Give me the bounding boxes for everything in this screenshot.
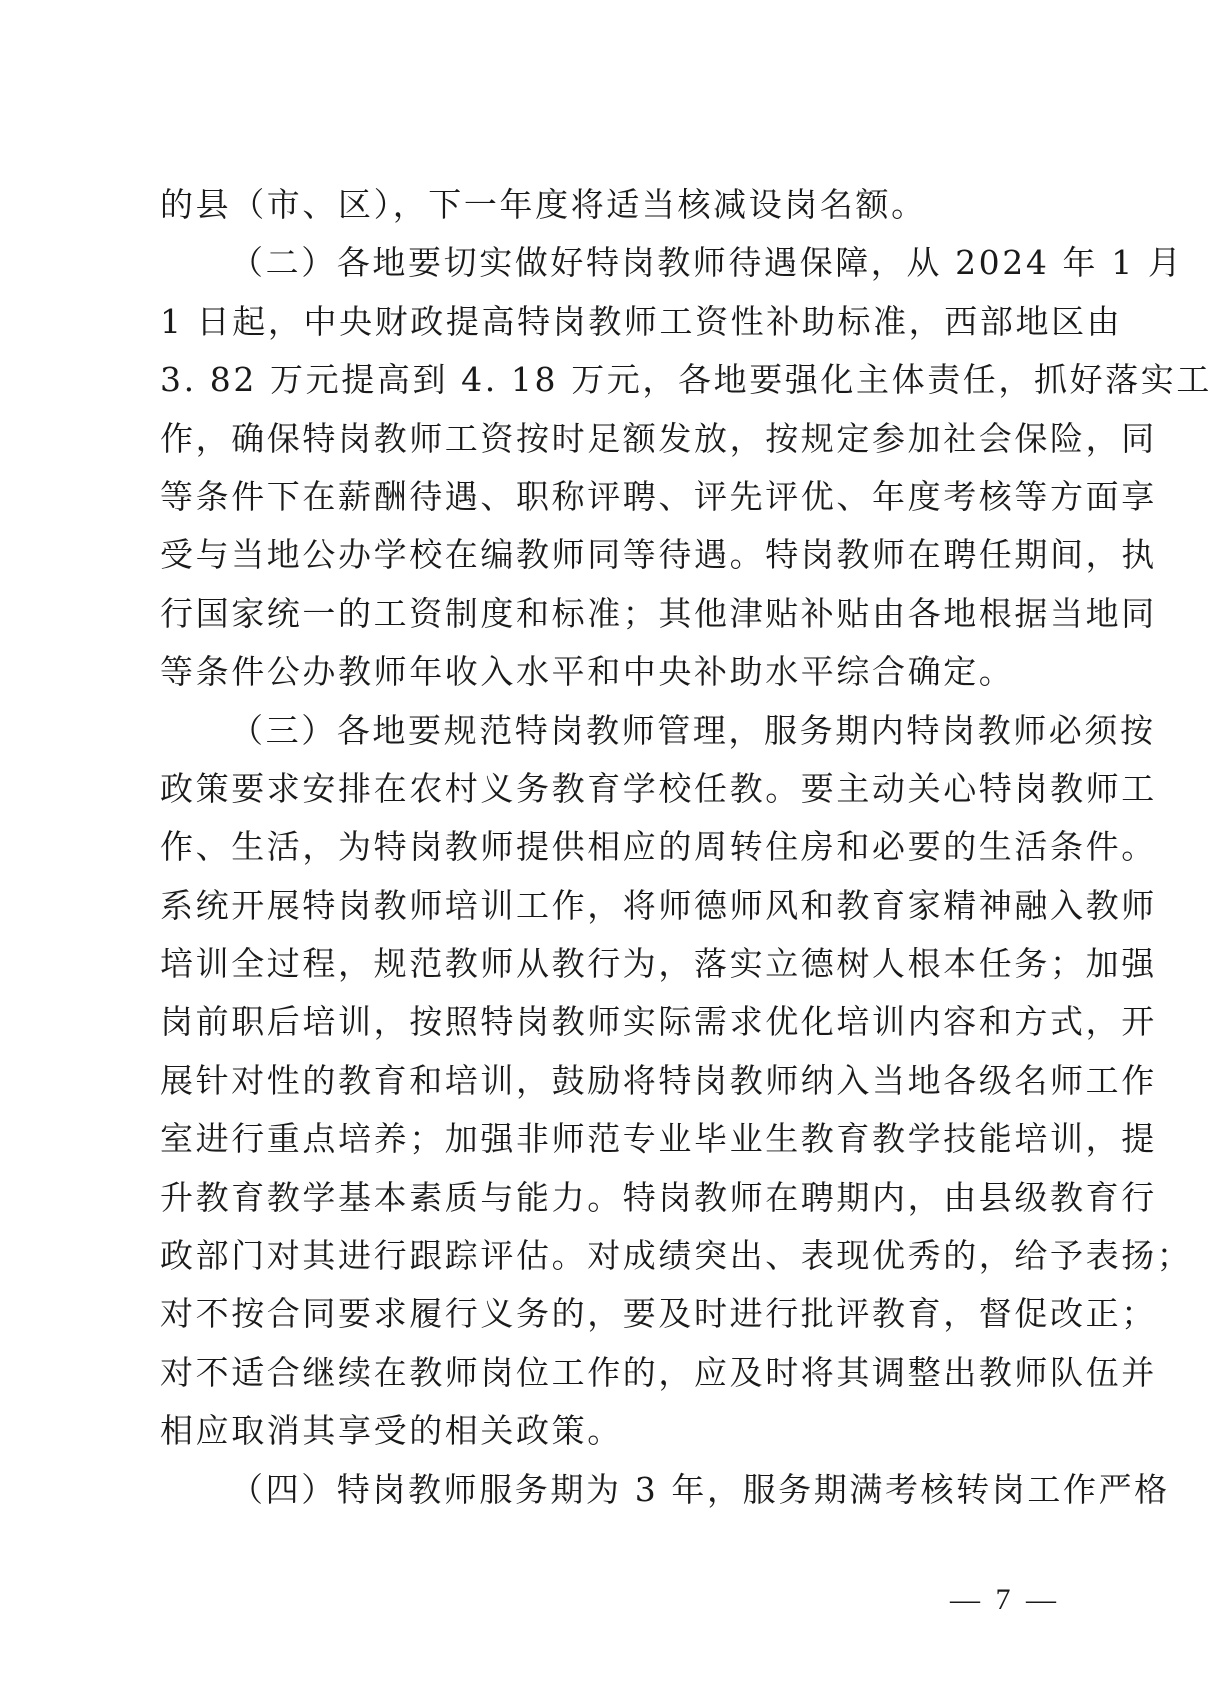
text-line: 作，确保特岗教师工资按时足额发放，按规定参加社会保险，同 [160,410,1060,468]
text-line: 1 日起，中央财政提高特岗教师工资性补助标准，西部地区由 [160,293,1060,351]
text-line: 对不按合同要求履行义务的，要及时进行批评教育，督促改正； [160,1285,1060,1343]
text-line: 的县（市、区），下一年度将适当核减设岗名额。 [160,176,1060,234]
text-line: 行国家统一的工资制度和标准；其他津贴补贴由各地根据当地同 [160,585,1060,643]
text-line: 等条件下在薪酬待遇、职称评聘、评先评优、年度考核等方面享 [160,468,1060,526]
document-page: 的县（市、区），下一年度将适当核减设岗名额。 （二）各地要切实做好特岗教师待遇保… [0,0,1222,1683]
text-line: 作、生活，为特岗教师提供相应的周转住房和必要的生活条件。 [160,818,1060,876]
text-line: 3. 82 万元提高到 4. 18 万元，各地要强化主体责任，抓好落实工 [160,351,1060,409]
text-line: 培训全过程，规范教师从教行为，落实立德树人根本任务；加强 [160,935,1060,993]
text-line: 岗前职后培训，按照特岗教师实际需求优化培训内容和方式，开 [160,993,1060,1051]
paragraph-3-start-line: （三）各地要规范特岗教师管理，服务期内特岗教师必须按 [160,702,1060,760]
text-line: 室进行重点培养；加强非师范专业毕业生教育教学技能培训，提 [160,1110,1060,1168]
text-line: 展针对性的教育和培训，鼓励将特岗教师纳入当地各级名师工作 [160,1052,1060,1110]
text-line: 升教育教学基本素质与能力。特岗教师在聘期内，由县级教育行 [160,1169,1060,1227]
text-line: 对不适合继续在教师岗位工作的，应及时将其调整出教师队伍并 [160,1344,1060,1402]
text-line: 系统开展特岗教师培训工作，将师德师风和教育家精神融入教师 [160,877,1060,935]
text-line: 政部门对其进行跟踪评估。对成绩突出、表现优秀的，给予表扬； [160,1227,1060,1285]
text-line: 政策要求安排在农村义务教育学校任教。要主动关心特岗教师工 [160,760,1060,818]
paragraph-2-start-line: （二）各地要切实做好特岗教师待遇保障，从 2024 年 1 月 [160,234,1060,292]
text-line: 相应取消其享受的相关政策。 [160,1402,1060,1460]
text-line: 等条件公办教师年收入水平和中央补助水平综合确定。 [160,643,1060,701]
paragraph-4-start-line: （四）特岗教师服务期为 3 年，服务期满考核转岗工作严格 [160,1461,1060,1519]
document-body: 的县（市、区），下一年度将适当核减设岗名额。 （二）各地要切实做好特岗教师待遇保… [160,176,1060,1519]
page-number: — 7 — [950,1580,1060,1620]
text-line: 受与当地公办学校在编教师同等待遇。特岗教师在聘任期间，执 [160,526,1060,584]
